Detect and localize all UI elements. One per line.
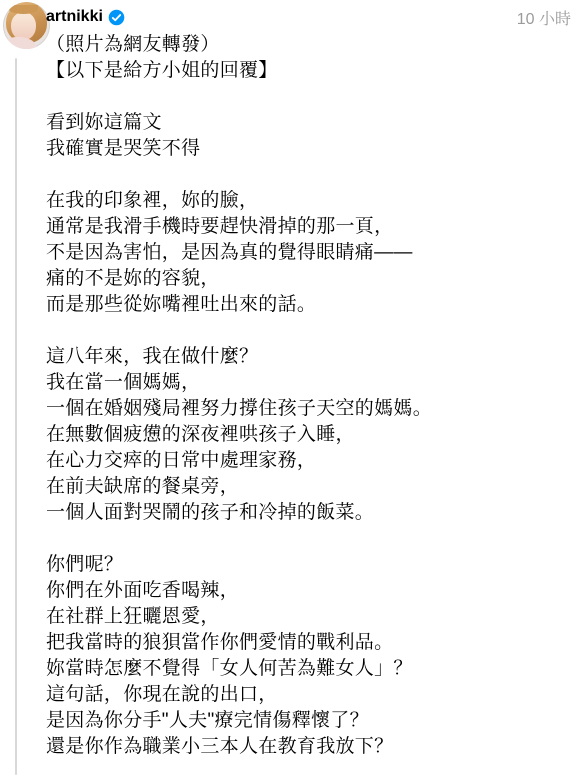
timestamp: 10 小時 <box>517 6 571 29</box>
post-content: artnikki 10 小時 （照片為網友轉發） 【以下是給方小姐的回覆】 看到… <box>46 6 571 760</box>
thread-post: artnikki 10 小時 （照片為網友轉發） 【以下是給方小姐的回覆】 看到… <box>0 0 583 775</box>
post-body: （照片為網友轉發） 【以下是給方小姐的回覆】 看到妳這篇文 我確實是哭笑不得 在… <box>46 32 571 760</box>
username[interactable]: artnikki <box>46 8 103 26</box>
avatar[interactable] <box>3 2 50 49</box>
post-header: artnikki 10 小時 <box>46 6 571 28</box>
avatar-bangs <box>9 5 38 14</box>
verified-badge-icon <box>108 9 125 26</box>
thread-line <box>15 58 17 775</box>
avatar-face <box>11 12 36 40</box>
